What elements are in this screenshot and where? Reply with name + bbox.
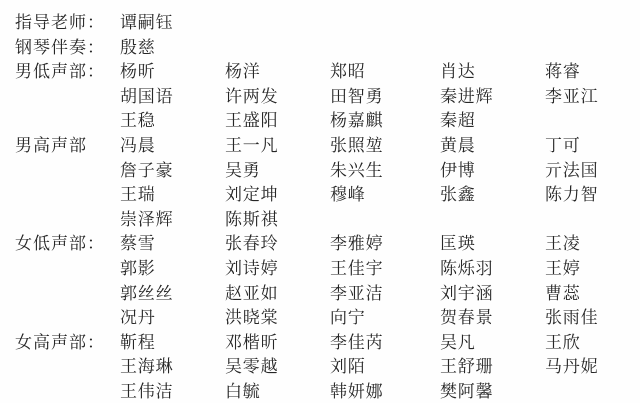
roster-row: 王稳王盛阳杨嘉麒秦超 [15,106,640,131]
member-name: 李雅婷 [330,229,440,254]
roster-row: 王海琳吴零越刘陌王舒珊马丹妮 [15,352,640,377]
member-name: 王瑞 [120,180,225,205]
member-name: 李亚江 [545,82,640,107]
member-name: 杨昕 [120,57,225,82]
member-name: 殷慈 [120,33,225,58]
member-name: 秦进辉 [440,82,545,107]
member-name: 丁可 [545,131,640,156]
roster-row: 詹子豪吴勇朱兴生伊博亓法国 [15,156,640,181]
member-name: 王舒珊 [440,352,545,377]
member-name: 刘诗婷 [225,254,330,279]
member-name: 黄晨 [440,131,545,156]
member-name: 白毓 [225,377,330,402]
section-label: 指导老师： [15,8,120,33]
section-label: 男低声部： [15,57,120,82]
member-name: 朱兴生 [330,156,440,181]
member-name: 况丹 [120,303,225,328]
member-name: 张照堃 [330,131,440,156]
member-name: 王凌 [545,229,640,254]
member-name: 吴零越 [225,352,330,377]
roster-row: 女高声部：靳程邓楷昕李佳芮吴凡王欣 [15,328,640,353]
member-name: 亓法国 [545,156,640,181]
section-label: 钢琴伴奏： [15,33,120,58]
section-label: 男高声部 [15,131,120,156]
member-name: 王稳 [120,106,225,131]
member-name: 田智勇 [330,82,440,107]
member-name: 蔡雪 [120,229,225,254]
member-name: 吴凡 [440,328,545,353]
member-name: 张春玲 [225,229,330,254]
member-name: 吴勇 [225,156,330,181]
member-name: 穆峰 [330,180,440,205]
member-name: 王盛阳 [225,106,330,131]
member-name: 李亚洁 [330,279,440,304]
roster-row: 钢琴伴奏：殷慈 [15,33,640,58]
member-name: 肖达 [440,57,545,82]
member-name: 杨洋 [225,57,330,82]
member-name: 陈斯祺 [225,205,330,230]
member-name: 冯晨 [120,131,225,156]
roster-row: 指导老师：谭嗣钰 [15,8,640,33]
roster-row: 况丹洪晓棠向宁贺春景张雨佳 [15,303,640,328]
member-name: 郑昭 [330,57,440,82]
member-name: 伊博 [440,156,545,181]
member-name: 王海琳 [120,352,225,377]
roster-row: 王伟洁白毓韩妍娜樊阿馨 [15,377,640,402]
member-name: 王伟洁 [120,377,225,402]
member-name: 靳程 [120,328,225,353]
member-name: 詹子豪 [120,156,225,181]
member-name: 向宁 [330,303,440,328]
section-label: 女低声部： [15,229,120,254]
roster-row: 胡国语许两发田智勇秦进辉李亚江 [15,82,640,107]
member-name: 谭嗣钰 [120,8,225,33]
choir-roster: 指导老师：谭嗣钰钢琴伴奏：殷慈男低声部：杨昕杨洋郑昭肖达蒋睿胡国语许两发田智勇秦… [0,0,640,403]
roster-row: 王瑞刘定坤穆峰张鑫陈力智 [15,180,640,205]
member-name: 陈力智 [545,180,640,205]
member-name: 许两发 [225,82,330,107]
member-name: 陈烁羽 [440,254,545,279]
member-name: 王欣 [545,328,640,353]
section-label: 女高声部： [15,328,120,353]
member-name: 杨嘉麒 [330,106,440,131]
roster-row: 男低声部：杨昕杨洋郑昭肖达蒋睿 [15,57,640,82]
member-name: 洪晓棠 [225,303,330,328]
member-name: 蒋睿 [545,57,640,82]
member-name: 郭影 [120,254,225,279]
member-name: 贺春景 [440,303,545,328]
member-name: 王佳宇 [330,254,440,279]
member-name: 王婷 [545,254,640,279]
member-name: 李佳芮 [330,328,440,353]
roster-row: 男高声部冯晨王一凡张照堃黄晨丁可 [15,131,640,156]
roster-row: 郭影刘诗婷王佳宇陈烁羽王婷 [15,254,640,279]
member-name: 曹蕊 [545,279,640,304]
member-name: 张雨佳 [545,303,640,328]
member-name: 郭丝丝 [120,279,225,304]
member-name: 马丹妮 [545,352,640,377]
member-name: 胡国语 [120,82,225,107]
member-name: 匡瑛 [440,229,545,254]
member-name: 刘定坤 [225,180,330,205]
roster-row: 崇泽辉陈斯祺 [15,205,640,230]
member-name: 张鑫 [440,180,545,205]
member-name: 刘陌 [330,352,440,377]
member-name: 樊阿馨 [440,377,545,402]
member-name: 刘宇涵 [440,279,545,304]
member-name: 邓楷昕 [225,328,330,353]
member-name: 王一凡 [225,131,330,156]
member-name: 赵亚如 [225,279,330,304]
roster-row: 女低声部：蔡雪张春玲李雅婷匡瑛王凌 [15,229,640,254]
member-name: 秦超 [440,106,545,131]
member-name: 韩妍娜 [330,377,440,402]
roster-row: 郭丝丝赵亚如李亚洁刘宇涵曹蕊 [15,279,640,304]
member-name: 崇泽辉 [120,205,225,230]
